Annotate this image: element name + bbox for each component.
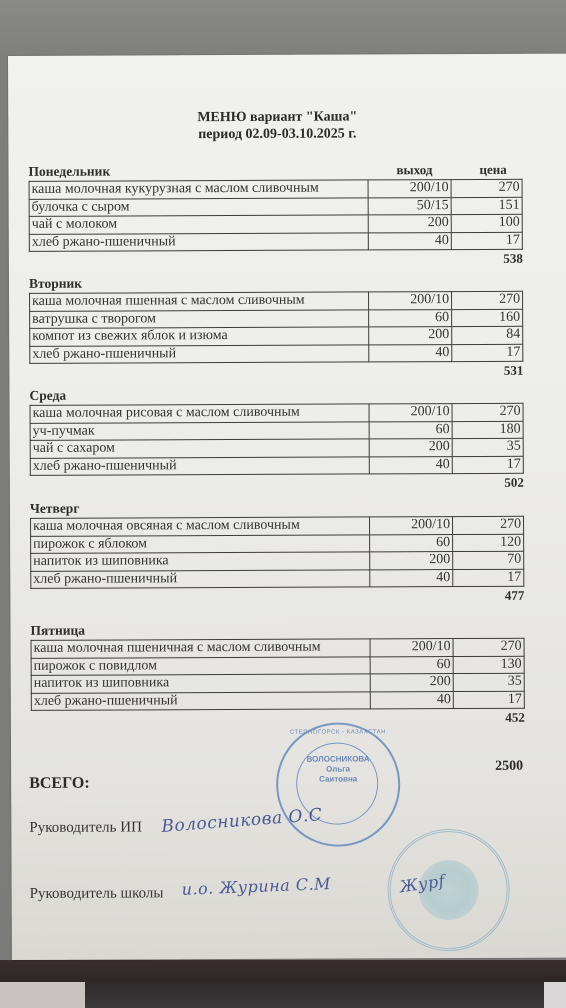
day-total: 538 (29, 250, 523, 270)
table-row: каша молочная пшенная с маслом сливочным… (30, 291, 523, 311)
menu-table: каша молочная кукурузная с маслом сливоч… (29, 179, 523, 252)
stamp-patronymic: Саитовна (278, 774, 398, 785)
floor-tile (544, 982, 566, 1008)
dish-price: 270 (452, 403, 523, 421)
day-section: Средакаша молочная рисовая с маслом слив… (29, 386, 523, 494)
dish-name: компот из свежих яблок и изюма (30, 327, 369, 346)
dish-price: 270 (451, 179, 522, 197)
day-section: Четвергкаша молочная овсяная с маслом сл… (30, 499, 524, 607)
dish-price: 160 (452, 309, 523, 327)
table-row: хлеб ржано-пшеничный4017 (29, 232, 522, 252)
table-row: напиток из шиповника20070 (31, 551, 524, 571)
dish-name: напиток из шиповника (31, 552, 370, 571)
dish-name: хлеб ржано-пшеничный (29, 232, 368, 251)
dish-output: 60 (370, 534, 453, 552)
dish-output: 60 (369, 309, 452, 327)
day-total: 531 (29, 362, 523, 382)
stamp-name: Ольга (278, 764, 398, 775)
dish-price: 180 (452, 421, 523, 439)
dish-output: 40 (369, 456, 452, 474)
dish-name: уч-пучмак (30, 421, 369, 440)
table-row: каша молочная овсяная с маслом сливочным… (31, 516, 524, 536)
dish-price: 35 (452, 438, 523, 456)
table-row: хлеб ржано-пшеничный4017 (31, 691, 524, 711)
stamp-ring-text: СТЕПНОГОРСК - КАЗАХСТАН (284, 729, 392, 735)
dish-output: 200 (370, 552, 453, 570)
dish-name: булочка с сыром (29, 197, 368, 216)
dish-name: чай с сахаром (30, 439, 369, 458)
menu-sheet: МЕНЮ вариант "Каша" период 02.09-03.10.2… (8, 54, 566, 960)
column-header-price: цена (479, 162, 506, 178)
dish-price: 151 (451, 197, 522, 215)
table-row: пирожок с яблоком60120 (31, 534, 524, 554)
dish-name: пирожок с яблоком (31, 534, 370, 553)
day-name: Вторник (29, 274, 523, 292)
stamp-center-text: ВОЛОСНИКОВА Ольга Саитовна (278, 754, 398, 785)
table-row: булочка с сыром50/15151 (29, 197, 522, 217)
days-list: Понедельниквыходценакаша молочная кукуру… (8, 54, 566, 56)
floor-tile (0, 982, 85, 1008)
table-row: хлеб ржано-пшеничный4017 (30, 456, 523, 476)
dish-output: 200 (369, 327, 452, 345)
day-name: Среда (29, 386, 523, 404)
menu-table: каша молочная пшеничная с маслом сливочн… (31, 638, 525, 711)
dish-name: хлеб ржано-пшеничный (31, 691, 370, 710)
dish-price: 270 (453, 638, 524, 656)
dish-price: 35 (453, 673, 524, 691)
dish-output: 40 (368, 232, 451, 250)
dish-price: 17 (453, 691, 524, 709)
day-name: Понедельник (28, 162, 522, 180)
dish-price: 70 (453, 551, 524, 569)
dish-price: 120 (453, 534, 524, 552)
desk-background (0, 960, 566, 1008)
school-head-name: и.о. Журина С.М (181, 874, 331, 899)
dish-price: 130 (453, 656, 524, 674)
dish-name: хлеб ржано-пшеничный (31, 569, 370, 588)
dish-price: 100 (451, 214, 522, 232)
dish-name: каша молочная кукурузная с маслом сливоч… (29, 180, 368, 199)
dish-price: 17 (452, 456, 523, 474)
day-name: Четверг (30, 499, 524, 517)
dish-output: 200/10 (369, 292, 452, 310)
dish-name: каша молочная пшенная с маслом сливочным (30, 292, 369, 311)
dish-output: 200 (369, 439, 452, 457)
dish-name: хлеб ржано-пшеничный (30, 456, 369, 475)
dish-name: каша молочная овсяная с маслом сливочным (31, 517, 370, 536)
dish-output: 40 (369, 344, 452, 362)
table-row: ватрушка с творогом60160 (30, 309, 523, 329)
dish-output: 200/10 (370, 517, 453, 535)
dish-name: пирожок с повидлом (31, 656, 370, 675)
table-row: каша молочная рисовая с маслом сливочным… (30, 403, 523, 423)
table-row: пирожок с повидлом60130 (31, 656, 524, 676)
dish-output: 60 (369, 421, 452, 439)
dish-name: напиток из шиповника (31, 674, 370, 693)
menu-table: каша молочная пшенная с маслом сливочным… (29, 291, 523, 364)
grand-total: ВСЕГО: 2500 (29, 759, 523, 761)
day-section: Вторниккаша молочная пшенная с маслом сл… (29, 274, 523, 382)
table-row: каша молочная пшеничная с маслом сливочн… (31, 638, 524, 658)
day-total: 452 (31, 709, 525, 729)
dish-name: хлеб ржано-пшеничный (30, 344, 369, 363)
dish-output: 200 (368, 215, 451, 233)
table-row: чай с сахаром20035 (30, 438, 523, 458)
table-row: хлеб ржано-пшеничный4017 (31, 569, 524, 589)
dish-output: 200/10 (370, 639, 453, 657)
dish-output: 200/10 (369, 404, 452, 422)
dish-output: 40 (370, 691, 453, 709)
day-total: 477 (30, 587, 524, 607)
column-header-output: выход (396, 162, 432, 178)
document-period: период 02.09-03.10.2025 г. (0, 125, 560, 144)
table-row: напиток из шиповника20035 (31, 673, 524, 693)
ip-head-label: Руководитель ИП (29, 819, 142, 836)
dish-price: 17 (451, 232, 522, 250)
dish-name: каша молочная пшеничная с маслом сливочн… (31, 639, 370, 658)
dish-name: ватрушка с творогом (30, 309, 369, 328)
grand-total-label: ВСЕГО: (29, 775, 90, 793)
dish-output: 200 (370, 674, 453, 692)
dish-price: 84 (452, 326, 523, 344)
school-head-label: Руководитель школы (30, 885, 164, 903)
ip-stamp: СТЕПНОГОРСК - КАЗАХСТАН ВОЛОСНИКОВА Ольг… (276, 722, 401, 847)
dish-price: 17 (452, 344, 523, 362)
day-section: Понедельниквыходценакаша молочная кукуру… (28, 162, 522, 270)
table-row: уч-пучмак60180 (30, 421, 523, 441)
dish-name: чай с молоком (29, 215, 368, 234)
dish-output: 50/15 (368, 197, 451, 215)
day-section: Пятницакаша молочная пшеничная с маслом … (30, 621, 524, 729)
dish-price: 17 (453, 569, 524, 587)
dish-price: 270 (453, 516, 524, 534)
dish-price: 270 (452, 291, 523, 309)
table-row: компот из свежих яблок и изюма20084 (30, 326, 523, 346)
dish-output: 40 (370, 569, 453, 587)
menu-table: каша молочная овсяная с маслом сливочным… (30, 516, 524, 589)
table-row: хлеб ржано-пшеничный4017 (30, 344, 523, 364)
table-row: каша молочная кукурузная с маслом сливоч… (29, 179, 522, 199)
menu-table: каша молочная рисовая с маслом сливочным… (30, 403, 524, 476)
dish-name: каша молочная рисовая с маслом сливочным (30, 404, 369, 423)
day-name: Пятница (30, 621, 524, 639)
stamp-surname: ВОЛОСНИКОВА (278, 754, 398, 765)
table-row: чай с молоком200100 (29, 214, 522, 234)
grand-total-value: 2500 (495, 759, 523, 775)
dish-output: 200/10 (368, 180, 451, 198)
day-total: 502 (30, 474, 524, 494)
dish-output: 60 (370, 656, 453, 674)
